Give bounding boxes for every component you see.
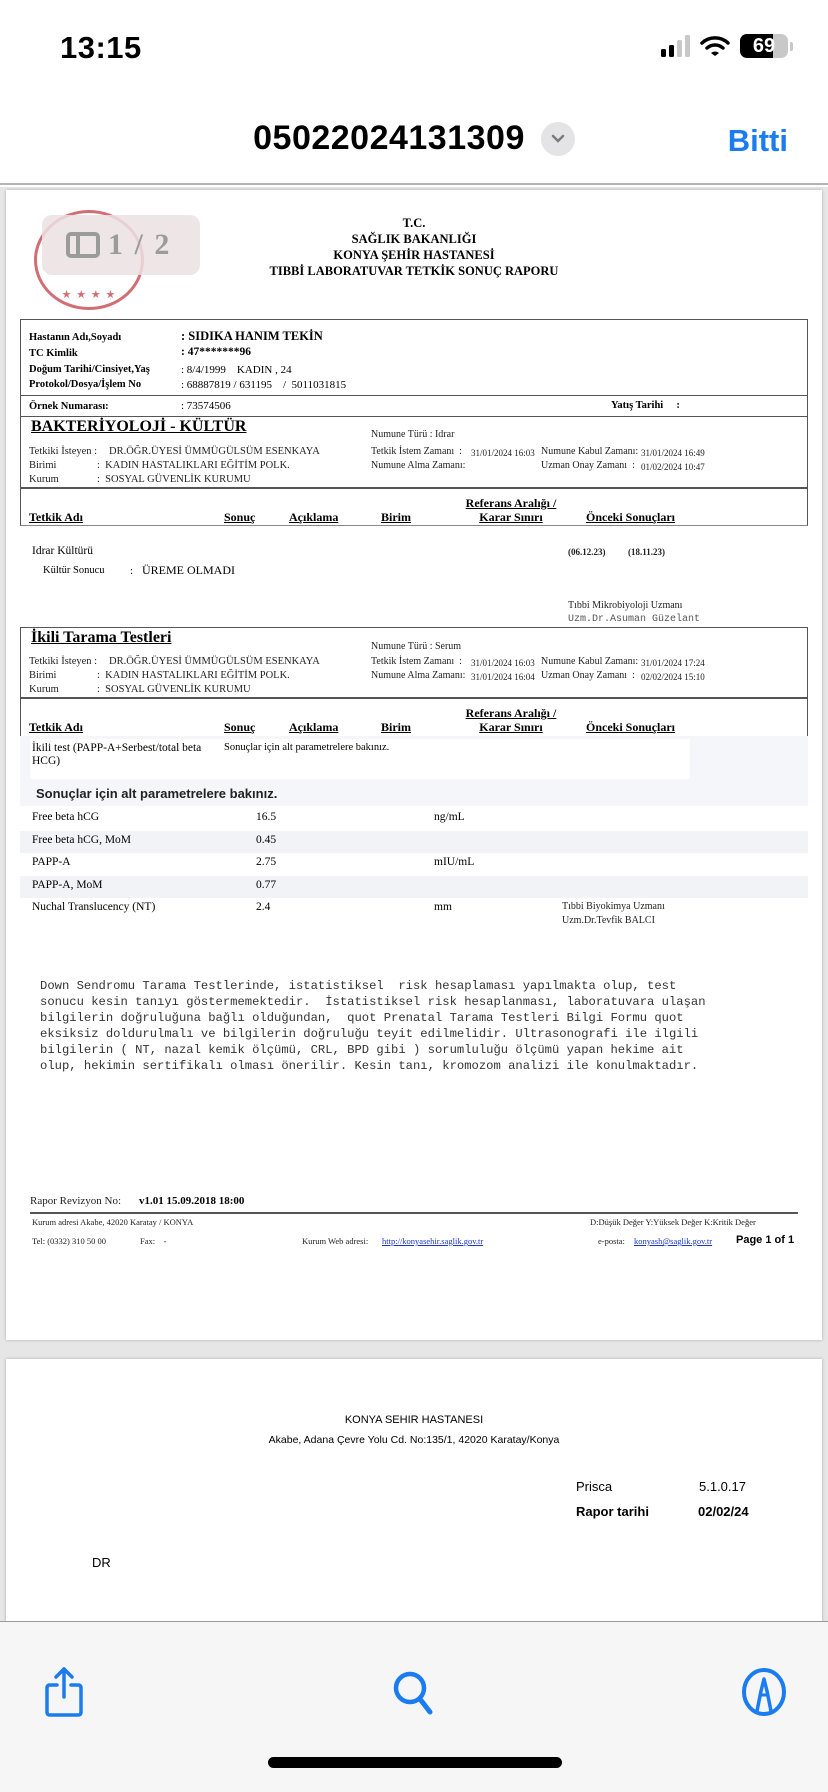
footer-divider: [30, 1212, 798, 1214]
software-label: Prisca: [576, 1479, 612, 1494]
section-title: İkili Tarama Testleri: [31, 629, 171, 647]
previous-date-1: (06.12.23): [568, 547, 606, 557]
status-time: 13:15: [60, 30, 142, 66]
tc-value: : 47*******96: [181, 346, 251, 358]
sample-type: Numune Türü : Idrar: [371, 429, 454, 440]
col-result: Sonuç: [224, 720, 255, 735]
software-version: 5.1.0.17: [699, 1479, 746, 1494]
row-name: Free beta hCG: [32, 811, 99, 823]
row-value: 2.4: [256, 901, 270, 913]
col-ref1: Referans Aralığı /: [441, 706, 581, 721]
requester-value: DR.ÖĞR.ÜYESİ ÜMMÜGÜLSÜM ESENKAYA: [109, 446, 320, 457]
markup-icon[interactable]: [740, 1667, 788, 1717]
row-band: [20, 831, 808, 853]
approval-time: 01/02/2024 10:47: [641, 462, 705, 472]
hospital-name: KONYA SEHIR HASTANESI: [6, 1414, 822, 1426]
subparameters-heading: Sonuçlar için alt parametrelere bakınız.: [36, 786, 277, 801]
row-name: PAPP-A, MoM: [32, 879, 103, 891]
request-time: 31/01/2024 16:03: [471, 658, 535, 668]
wifi-icon: [700, 35, 730, 57]
col-previous: Önceki Sonuçları: [586, 510, 675, 525]
result-label: Kültür Sonucu: [43, 565, 105, 576]
navigation-bar: 05022024131309 Bitti: [0, 95, 828, 185]
collection-time: 31/01/2024 16:04: [471, 672, 535, 682]
protocol-value: : 68887819 / 631195 / 5011031815: [181, 379, 346, 391]
unit-value: : KADIN HASTALIKLARI EĞİTİM POLK.: [97, 670, 290, 681]
col-unit: Birim: [381, 720, 411, 735]
result-value: ÜREME OLMADI: [142, 563, 235, 578]
battery-percent: 69: [740, 35, 788, 58]
requester-value: DR.ÖĞR.ÜYESİ ÜMMÜGÜLSÜM ESENKAYA: [109, 656, 320, 667]
row-value: 16.5: [256, 811, 276, 823]
row-name: PAPP-A: [32, 856, 71, 868]
document-title[interactable]: 05022024131309: [253, 119, 525, 158]
admission-date-label: Yatış Tarihi :: [611, 400, 680, 411]
patient-info: Hastanın Adı,Soyadı : SIDIKA HANIM TEKİN…: [20, 319, 808, 396]
previous-date-2: (18.11.23): [628, 547, 665, 557]
column-header-1: Tetkik Adı Sonuç Açıklama Birim Referans…: [20, 486, 808, 526]
row-band: [20, 876, 808, 898]
revision-value: v1.01 15.09.2018 18:00: [139, 1195, 244, 1207]
chevron-down-icon[interactable]: [541, 122, 575, 156]
revision-label: Rapor Revizyon No:: [30, 1195, 121, 1207]
sample-label: Örnek Numarası:: [29, 401, 109, 412]
request-time-label: Tetkik İstem Zamanı :: [371, 446, 462, 457]
col-test: Tetkik Adı: [29, 510, 83, 525]
section-title: BAKTERİYOLOJİ - KÜLTÜR: [31, 418, 246, 436]
accept-time-label: Numune Kabul Zamanı:: [541, 656, 638, 667]
header-line: KONYA ŞEHİR HASTANESİ: [6, 247, 822, 263]
accept-time: 31/01/2024 16:49: [641, 448, 705, 458]
footer-web-label: Kurum Web adresi:: [302, 1236, 368, 1246]
share-icon[interactable]: [42, 1665, 86, 1719]
signer-name: Uzm.Dr.Asuman Güzelant: [568, 614, 700, 625]
row-name: Free beta hCG, MoM: [32, 834, 131, 846]
unit-value: : KADIN HASTALIKLARI EĞİTİM POLK.: [97, 460, 290, 471]
footer-fax: Fax: -: [140, 1236, 166, 1246]
collection-time-label: Numune Alma Zamanı:: [371, 460, 465, 471]
battery-icon: 69: [740, 34, 788, 58]
header-line: SAĞLIK BAKANLIĞI: [6, 231, 822, 247]
protocol-label: Protokol/Dosya/İşlem No: [29, 379, 141, 390]
status-bar: 13:15 69: [0, 0, 828, 95]
col-description: Açıklama: [289, 510, 338, 525]
column-header-2: Tetkik Adı Sonuç Açıklama Birim Referans…: [20, 696, 808, 736]
accept-time-label: Numune Kabul Zamanı:: [541, 446, 638, 457]
row-name: Nuchal Translucency (NT): [32, 901, 155, 913]
footer-legend: D:Düşük Değer Y:Yüksek Değer K:Kritik De…: [590, 1217, 756, 1227]
header-line: T.C.: [6, 215, 822, 231]
row-unit: ng/mL: [434, 811, 465, 823]
disclaimer-text: Down Sendromu Tarama Testlerinde, istati…: [40, 978, 800, 1074]
name-label: Hastanın Adı,Soyadı: [29, 332, 121, 343]
document-title-menu[interactable]: 05022024131309: [0, 119, 828, 158]
patient-name: : SIDIKA HANIM TEKİN: [181, 329, 323, 344]
col-previous: Önceki Sonuçları: [586, 720, 675, 735]
signer-title: Tıbbi Mikrobiyoloji Uzmanı: [568, 600, 682, 611]
report-date: 02/02/24: [698, 1504, 749, 1519]
tc-label: TC Kimlik: [29, 348, 78, 359]
footer-web-link[interactable]: http://konyasehir.saglik.gov.tr: [382, 1236, 483, 1246]
page-number: Page 1 of 1: [736, 1234, 794, 1246]
footer-email-link[interactable]: konyash@saglik.gov.tr: [634, 1236, 712, 1246]
row-unit: mIU/mL: [434, 856, 474, 868]
approval-time-label: Uzman Onay Zamanı :: [541, 670, 635, 681]
col-description: Açıklama: [289, 720, 338, 735]
institution-label: Kurum: [29, 684, 59, 695]
col-ref1: Referans Aralığı /: [441, 496, 581, 511]
unit-label: Birimi: [29, 670, 56, 681]
col-result: Sonuç: [224, 510, 255, 525]
test-note: Sonuçlar için alt parametrelere bakınız.: [224, 742, 389, 753]
report-date-label: Rapor tarihi: [576, 1504, 649, 1519]
dob-label: Doğum Tarihi/Cinsiyet,Yaş: [29, 364, 150, 375]
row-value: 0.77: [256, 879, 276, 891]
col-test: Tetkik Adı: [29, 720, 83, 735]
requester-label: Tetkiki İsteyen :: [29, 656, 97, 667]
collection-time-label: Numune Alma Zamanı:: [371, 670, 465, 681]
row-unit: mm: [434, 901, 452, 913]
pdf-page-1: 1 / 2 T.C. SAĞLIK BAKANLIĞI KONYA ŞEHİR …: [6, 190, 822, 1340]
footer-email-label: e-posta:: [598, 1236, 625, 1246]
row-value: 0.45: [256, 834, 276, 846]
institution-value: : SOSYAL GÜVENLİK KURUMU: [97, 474, 251, 485]
sample-number-row: Örnek Numarası: : 73574506 Yatış Tarihi …: [20, 395, 808, 417]
dob-value: : 8/4/1999 KADIN , 24: [181, 364, 292, 376]
col-unit: Birim: [381, 510, 411, 525]
bottom-toolbar: [0, 1621, 828, 1792]
battery-tip: [790, 42, 793, 51]
home-indicator[interactable]: [268, 1757, 562, 1768]
test-name: Idrar Kültürü: [32, 545, 93, 557]
result-separator: :: [130, 565, 133, 577]
search-button[interactable]: [384, 1662, 444, 1722]
col-ref2: Karar Sınırı: [441, 720, 581, 735]
report-header: T.C. SAĞLIK BAKANLIĞI KONYA ŞEHİR HASTAN…: [6, 215, 822, 279]
signer-title: Tıbbi Biyokimya Uzmanı: [562, 901, 665, 912]
request-time-label: Tetkik İstem Zamanı :: [371, 656, 462, 667]
row-value: 2.75: [256, 856, 276, 868]
hospital-address: Akabe, Adana Çevre Yolu Cd. No:135/1, 42…: [6, 1434, 822, 1446]
markup-button[interactable]: [734, 1662, 794, 1722]
sample-type: Numune Türü : Serum: [371, 641, 461, 652]
approval-time: 02/02/2024 15:10: [641, 672, 705, 682]
pdf-page-2: KONYA SEHIR HASTANESI Akabe, Adana Çevre…: [6, 1359, 822, 1621]
institution-label: Kurum: [29, 474, 59, 485]
cellular-signal-icon: [661, 35, 690, 57]
col-ref2: Karar Sınırı: [441, 510, 581, 525]
status-icons: 69: [661, 34, 793, 58]
doctor-label: DR: [92, 1555, 111, 1570]
request-time: 31/01/2024 16:03: [471, 448, 535, 458]
footer-address: Kurum adresi Akabe, 42020 Karatay / KONY…: [32, 1217, 193, 1227]
sample-value: : 73574506: [181, 400, 231, 412]
requester-label: Tetkiki İsteyen :: [29, 446, 97, 457]
search-icon[interactable]: [390, 1668, 438, 1716]
test-name: İkili test (PAPP-A+Serbest/total beta HC…: [32, 742, 202, 768]
unit-label: Birimi: [29, 460, 56, 471]
share-button[interactable]: [34, 1662, 94, 1722]
header-line: TIBBİ LABORATUVAR TETKİK SONUÇ RAPORU: [6, 263, 822, 279]
done-button[interactable]: Bitti: [728, 123, 788, 159]
institution-value: : SOSYAL GÜVENLİK KURUMU: [97, 684, 251, 695]
pdf-viewer[interactable]: 1 / 2 T.C. SAĞLIK BAKANLIĞI KONYA ŞEHİR …: [0, 187, 828, 1621]
accept-time: 31/01/2024 17:24: [641, 658, 705, 668]
signer-name: Uzm.Dr.Tevfik BALCI: [562, 915, 655, 926]
approval-time-label: Uzman Onay Zamanı :: [541, 460, 635, 471]
footer-tel: Tel: (0332) 310 50 00: [32, 1236, 106, 1246]
